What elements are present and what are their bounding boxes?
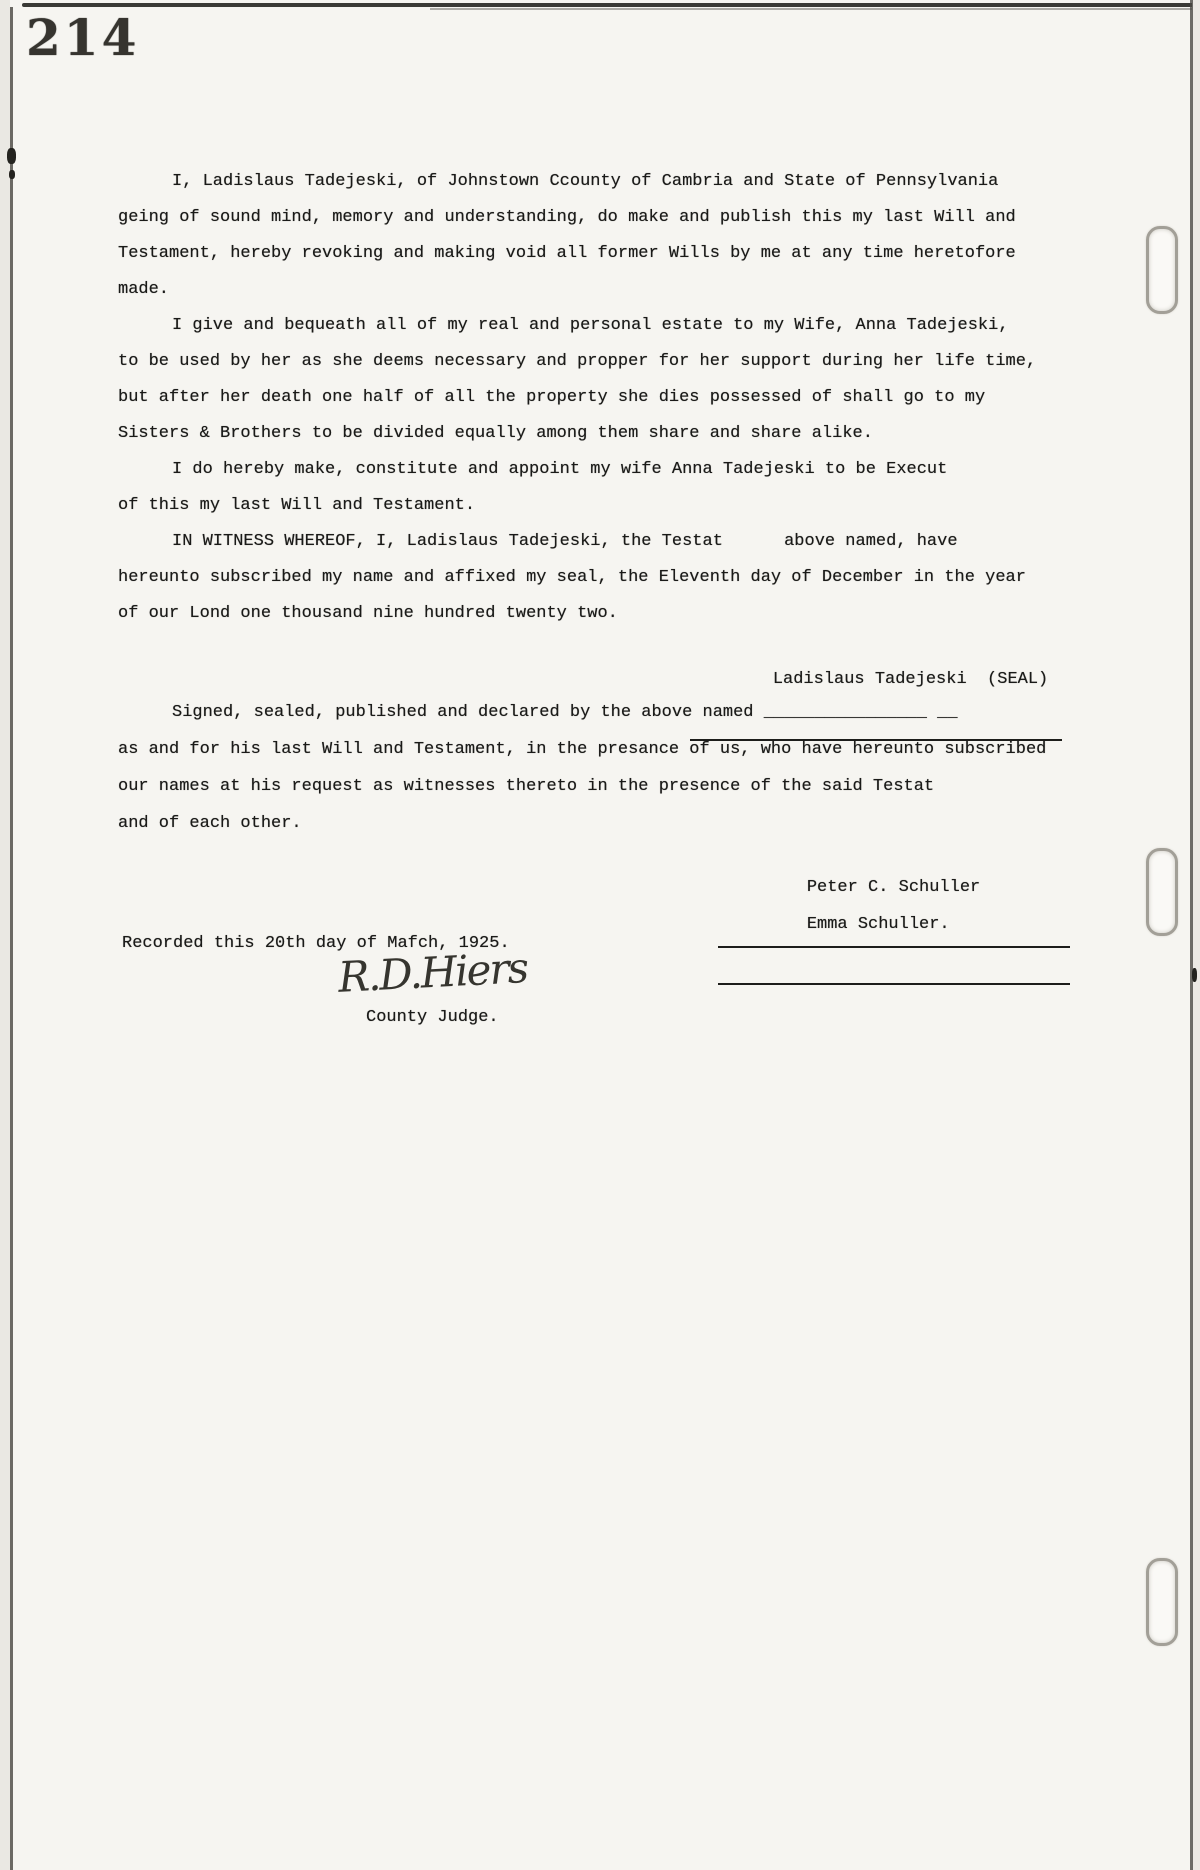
ink-speck	[1192, 968, 1197, 982]
punch-hole	[1146, 848, 1178, 936]
scan-edge-left	[10, 7, 13, 1870]
text-line: of this my last Will and Testament.	[118, 488, 1118, 524]
judge-title: County Judge.	[366, 1000, 499, 1036]
text-line: hereunto subscribed my name and affixed …	[118, 560, 1118, 596]
text-line: but after her death one half of all the …	[118, 380, 1118, 416]
page-number: 214	[26, 8, 139, 67]
text-line: our names at his request as witnesses th…	[118, 768, 1118, 805]
text-line: Signed, sealed, published and declared b…	[118, 694, 1118, 731]
text-line: made.	[118, 272, 1118, 308]
scan-edge-top-shadow	[430, 8, 1200, 10]
punch-hole	[1146, 1558, 1178, 1646]
scan-edge-top	[22, 3, 1200, 7]
ink-speck	[9, 170, 15, 179]
witness-name: Emma Schuller.	[807, 915, 950, 934]
judge-handwritten-signature: R.D.Hiers	[337, 943, 528, 1002]
scan-edge-left-band	[0, 0, 10, 1870]
scan-edge-right-band	[1192, 0, 1200, 1870]
will-body-text: I, Ladislaus Tadejeski, of Johnstown Cco…	[118, 164, 1118, 632]
punch-hole	[1146, 226, 1178, 314]
ink-speck	[7, 148, 16, 164]
scanned-will-page: 214 I, Ladislaus Tadejeski, of Johnstown…	[0, 0, 1200, 1870]
text-line: Testament, hereby revoking and making vo…	[118, 236, 1118, 272]
text-line: I, Ladislaus Tadejeski, of Johnstown Cco…	[118, 164, 1118, 200]
witness-signature-line: Emma Schuller.	[718, 871, 1070, 985]
text-line: I give and bequeath all of my real and p…	[118, 308, 1118, 344]
text-line: to be used by her as she deems necessary…	[118, 344, 1118, 380]
scan-edge-right	[1190, 0, 1193, 1870]
text-line: Sisters & Brothers to be divided equally…	[118, 416, 1118, 452]
text-line: as and for his last Will and Testament, …	[118, 731, 1118, 768]
testator-signature: Ladislaus Tadejeski (SEAL)	[773, 670, 1048, 689]
text-line: IN WITNESS WHEREOF, I, Ladislaus Tadejes…	[118, 524, 1118, 560]
attestation-clause: Signed, sealed, published and declared b…	[118, 694, 1118, 842]
text-line: I do hereby make, constitute and appoint…	[118, 452, 1118, 488]
text-line: geing of sound mind, memory and understa…	[118, 200, 1118, 236]
